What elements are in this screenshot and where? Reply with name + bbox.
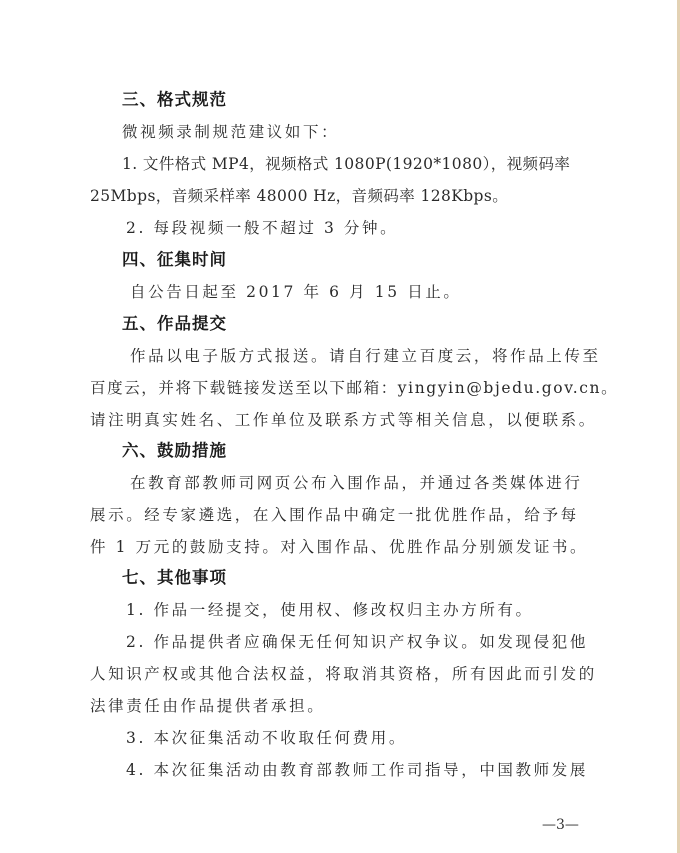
document-page: 三、格式规范 微视频录制规范建议如下： 1. 文件格式 MP4，视频格式 108… (0, 0, 677, 853)
paragraph-line: 1. 文件格式 MP4，视频格式 1080P(1920*1080），视频码率 (122, 154, 570, 174)
paragraph-line: 1. 作品一经提交，使用权、修改权归主办方所有。 (126, 600, 534, 620)
page-number: —3— (542, 817, 579, 833)
section-heading-other: 七、其他事项 (122, 568, 227, 588)
section-heading-incentives: 六、鼓励措施 (122, 441, 227, 461)
paragraph-line: 25Mbps，音频采样率 48000 Hz，音频码率 128Kbps。 (90, 186, 508, 206)
section-heading-time: 四、征集时间 (122, 250, 227, 270)
section-heading-submission: 五、作品提交 (122, 314, 227, 334)
paragraph-line: 展示。经专家遴选，在入围作品中确定一批优胜作品，给予每 (90, 505, 579, 525)
paragraph-line: 自公告日起至 2017 年 6 月 15 日止。 (130, 282, 462, 302)
paragraph-line: 作品以电子版方式报送。请自行建立百度云，将作品上传至 (130, 346, 601, 366)
paragraph-line: 3. 本次征集活动不收取任何费用。 (126, 728, 407, 748)
paragraph-line: 件 1 万元的鼓励支持。对入围作品、优胜作品分别颁发证书。 (90, 537, 588, 557)
paragraph-line: 微视频录制规范建议如下： (122, 122, 339, 142)
paragraph-line: 请注明真实姓名、工作单位及联系方式等相关信息，以便联系。 (90, 410, 597, 430)
section-heading-format: 三、格式规范 (122, 90, 227, 110)
paragraph-line: 百度云，并将下载链接发送至以下邮箱：yingyin@bjedu.gov.cn。 (90, 378, 618, 398)
paragraph-line: 4. 本次征集活动由教育部教师工作司指导，中国教师发展 (126, 760, 588, 780)
paragraph-line: 2. 作品提供者应确保无任何知识产权争议。如发现侵犯他 (126, 632, 588, 652)
paragraph-line: 2. 每段视频一般不超过 3 分钟。 (126, 218, 398, 238)
paragraph-line: 法律责任由作品提供者承担。 (90, 696, 325, 716)
paragraph-line: 人知识产权或其他合法权益，将取消其资格，所有因此而引发的 (90, 664, 597, 684)
paragraph-line: 在教育部教师司网页公布入围作品，并通过各类媒体进行 (130, 473, 583, 493)
